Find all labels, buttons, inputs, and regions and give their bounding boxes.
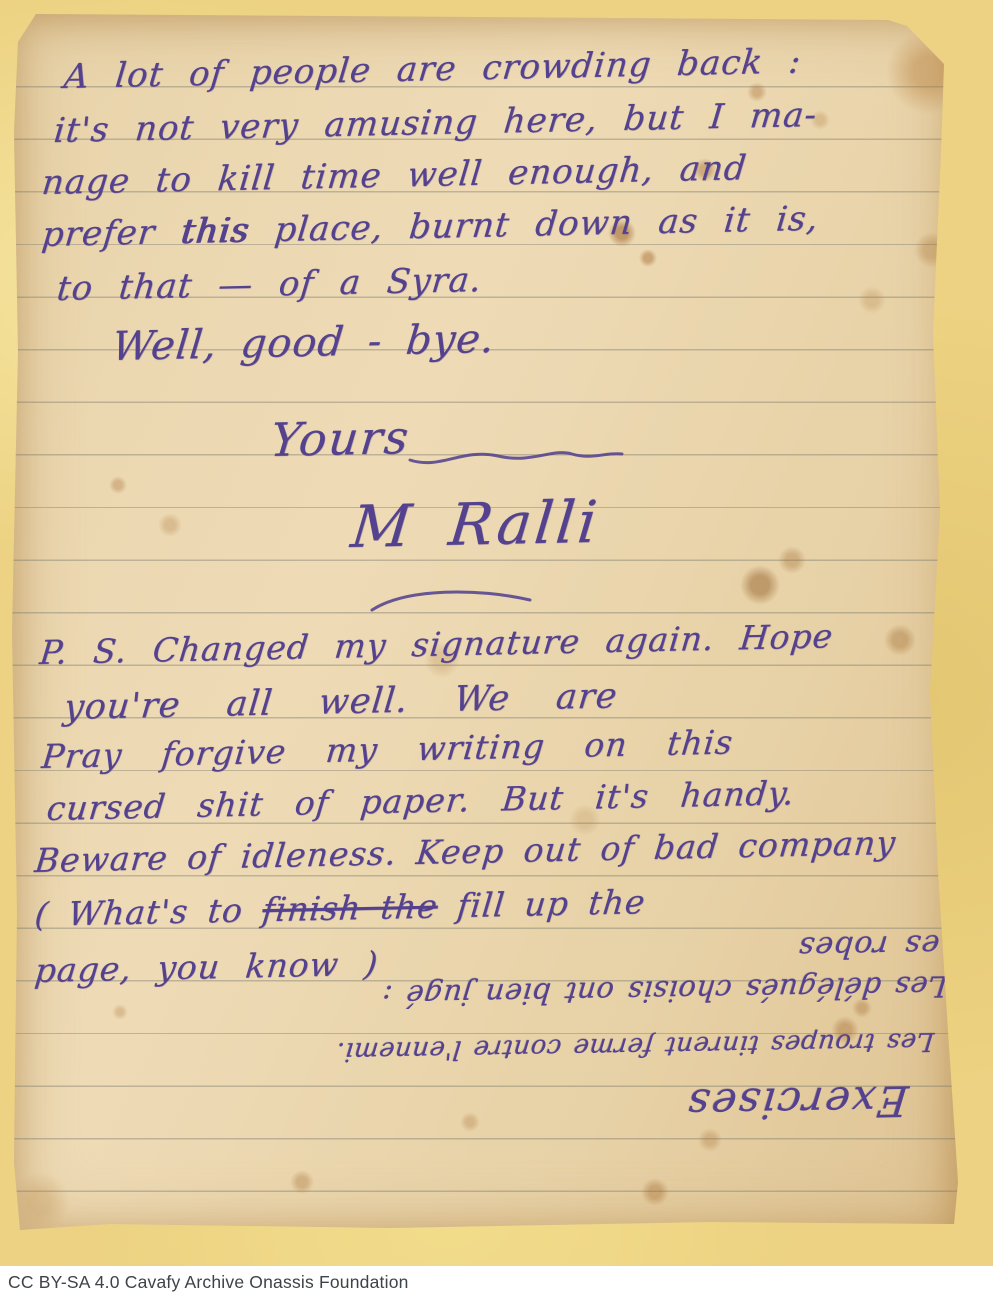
valediction: Yours [268,411,413,467]
struck-words: finish the [261,886,440,929]
ps-line-7: page, you know ) [33,945,380,990]
letter-page: A lot of people are crowding back : it's… [10,12,962,1238]
signature: M Ralli [348,489,603,561]
body-line-6: Well, good - bye. [110,316,497,370]
overwritten-word: this [179,211,251,253]
scanned-letter-view: A lot of people are crowding back : it's… [0,0,993,1303]
ps-line-6-pre: ( What's to [33,890,265,934]
upside-down-exercises-heading: Exercises [683,1076,910,1128]
upside-down-margin-words: Les robes [796,927,962,964]
license-bar: CC BY-SA 4.0 Cavafy Archive Onassis Foun… [0,1266,993,1303]
license-caption: CC BY-SA 4.0 Cavafy Archive Onassis Foun… [8,1272,409,1293]
body-line-4-pre: prefer [40,212,183,255]
signature-flourish [366,586,536,620]
valediction-flourish [406,440,626,476]
ps-line-6-post: fill up the [436,882,648,925]
